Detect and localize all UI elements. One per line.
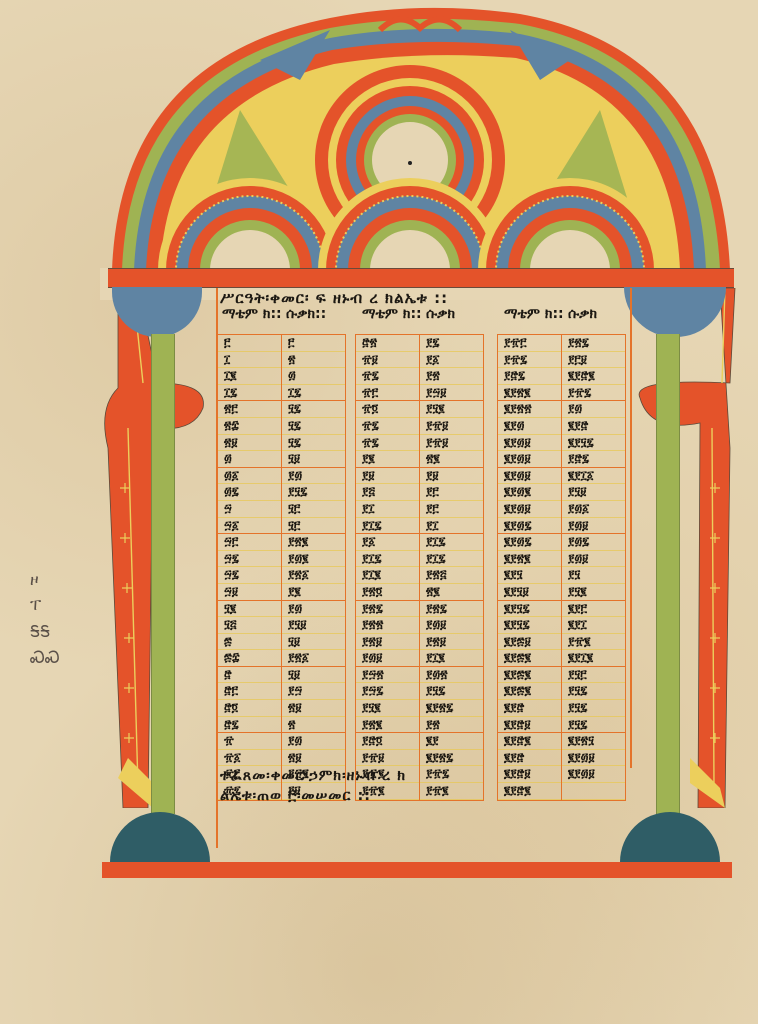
left-column-base	[110, 812, 210, 862]
table-cell: ፵፯	[218, 567, 281, 584]
table-cell: ፪፻፳፪	[498, 385, 561, 402]
table-cell: ፶፫	[282, 518, 345, 535]
table-cell: ፲፪	[218, 368, 281, 385]
table-cell: ፷	[218, 634, 281, 651]
table-cell: ፶፱	[282, 667, 345, 684]
table-cell: ፻፶፫	[562, 667, 625, 684]
table-cell: ፪፻፴፪	[498, 484, 561, 501]
table-cell: ፻፩	[420, 352, 483, 369]
computus-table: ሥርዓት፡ቀመር፡ ፍ ዘኑብ ረ ክልኤቱ :: ማቴም ክ:: ሱቃክ:: …	[212, 288, 632, 848]
table-cell: ፻፳፪	[356, 717, 419, 734]
table-cell: ፻፶፯	[562, 700, 625, 717]
table-cell: ፹፯	[356, 435, 419, 452]
table-cell: ፪፻፸፪	[498, 783, 561, 800]
table-frame-right	[630, 288, 632, 768]
right-column-base	[620, 812, 720, 862]
table-cell: ፶፯	[282, 401, 345, 418]
table-cell: ፻፲፪	[356, 567, 419, 584]
table-cell: ፹፬	[356, 401, 419, 418]
group1-col2: ፫፳፴፲፯፶፯፶፯፶፯፶፱፻፴፻፶፯፶፫፶፫፻፳፪፻፴፪፻፳፩፻፪፻፴፻፶፱፶፱…	[282, 335, 345, 800]
table-cell: ፻፲፯	[420, 551, 483, 568]
table-cell: ፪፻፲፩	[562, 468, 625, 485]
table-cell: ፻፴	[282, 601, 345, 618]
table-cell: ፻፴	[282, 468, 345, 485]
table-cell: ፲	[218, 352, 281, 369]
table-cell	[562, 783, 625, 800]
margin-note-3: ᎦᎦ	[30, 622, 50, 642]
table-cell: ፻፳፪	[282, 534, 345, 551]
table-cell: ፸	[218, 667, 281, 684]
table-cell: ፪፻፷፪	[498, 650, 561, 667]
table-cell: ፫	[218, 335, 281, 352]
table-cell: ፪፻፶፱	[498, 584, 561, 601]
table-cell: ፻፹፯	[420, 766, 483, 783]
bottom-plinth	[102, 862, 732, 878]
group3-col1: ፻፹፫፻፹፯፻፸፯፪፻፳፪፪፻፳፳፪፻፴፪፻፴፱፪፻፴፱፪፻፴፱፪፻፴፪፪፻፴፱…	[498, 335, 562, 800]
table-cell: ፷፰	[218, 650, 281, 667]
table-cell: ፳	[282, 717, 345, 734]
table-cell: ፳፪	[420, 451, 483, 468]
table-cell: ፹፯	[356, 418, 419, 435]
table-cell: ፻፹፱	[356, 750, 419, 767]
table-cell: ፪፻፳፶	[562, 733, 625, 750]
table-cell: ፻፸፯	[498, 368, 561, 385]
table-cell: ፻፲፯	[420, 534, 483, 551]
table-cell: ፻፫፱	[562, 352, 625, 369]
table-group-1: ፫፲፲፪፲፯፳፫፳፰፳፱፴፴፩፴፯፵፵፩፵፫፵፯፵፯፵፱፶፪፶፭፷፷፰፸፸፫፸፬…	[217, 334, 346, 801]
table-cell: ፪፻፳፳	[498, 401, 561, 418]
table-cell: ፸፬	[218, 700, 281, 717]
table-cell: ፹፩	[218, 750, 281, 767]
table-cell: ፹፱	[356, 352, 419, 369]
table-cell: ፴	[282, 368, 345, 385]
table-cell: ፻፩	[356, 534, 419, 551]
table-cell: ፶፭	[218, 617, 281, 634]
table-cell: ፵፱	[218, 584, 281, 601]
table-cell: ፳፰	[218, 418, 281, 435]
table-cell: ፪፻፫	[562, 601, 625, 618]
table-cell: ፪፻፷፪	[498, 683, 561, 700]
table-cell: ፻፳፱	[356, 634, 419, 651]
table-cell: ፻፲፯	[356, 518, 419, 535]
table-cell: ፻፳፳	[356, 617, 419, 634]
table-cell: ፻፶፯	[420, 683, 483, 700]
table-cell: ፶፱	[282, 634, 345, 651]
table-cell: ፻፴፩	[562, 501, 625, 518]
table-cell: ፻፭	[356, 484, 419, 501]
table-cell: ፪፻፸፱	[498, 766, 561, 783]
table-group-3: ፻፹፫፻፹፯፻፸፯፪፻፳፪፪፻፳፳፪፻፴፪፻፴፱፪፻፴፱፪፻፴፱፪፻፴፪፪፻፴፱…	[497, 334, 626, 801]
table-cell: ፻፲	[420, 518, 483, 535]
table-cell: ፪፻፲፪	[562, 650, 625, 667]
table-cell: ፻፵፳	[356, 667, 419, 684]
table-cell: ፪፻፶፯	[498, 617, 561, 634]
table-cell: ፻፪	[282, 584, 345, 601]
table-cell: ፻፳፬	[356, 584, 419, 601]
table-cell: ፪፻፴፯	[498, 518, 561, 535]
group3-col2: ፻፳፯፻፫፱፪፻፸፪፻፹፯፻፴፪፻፸፪፻፶፯፻፸፯፪፻፲፩፻፶፱፻፴፩፻፴፱፻፴…	[562, 335, 625, 800]
table-cell: ፻፴፱	[420, 617, 483, 634]
table-cell: ፪፻	[420, 733, 483, 750]
header-group3-col2: ሱቃክ	[568, 306, 597, 323]
group2-col2: ፻፯፻፩፻፳፻፵፱፻፶፪፻፹፱፻፹፱፳፪፻፱፻፫፻፫፻፲፻፲፯፻፲፯፻፳፭፳፪፻…	[420, 335, 483, 800]
table-cell: ፹፫	[356, 385, 419, 402]
table-cell: ፸፯	[218, 717, 281, 734]
table-cell: ፪፻፴፱	[498, 501, 561, 518]
table-cell: ፪፻፴	[498, 418, 561, 435]
right-drape	[630, 288, 740, 808]
table-cell: ፶፯	[282, 418, 345, 435]
table-cell: ፻፶፱	[562, 484, 625, 501]
table-cell: ፻፶፪	[562, 584, 625, 601]
table-cell: ፻፳፩	[282, 567, 345, 584]
table-cell: ፶፯	[282, 435, 345, 452]
table-cell: ፪፻፸፱	[498, 717, 561, 734]
table-cell: ፪፻፸	[498, 750, 561, 767]
table-cell: ፸፳	[356, 335, 419, 352]
table-cell: ፪፻፷፪	[498, 667, 561, 684]
table-cell: ፴	[218, 451, 281, 468]
group2-col1: ፸፳፹፱፹፯፹፫፹፬፹፯፹፯፻፪፻፱፻፭፻፲፻፲፯፻፩፻፲፯፻፲፪፻፳፬፻፳፯፻…	[356, 335, 420, 800]
table-cell: ፻፴፱	[356, 650, 419, 667]
table-cell: ፻፳፭	[420, 567, 483, 584]
table-cell: ፻፴፱	[562, 551, 625, 568]
table-cell: ፻፶	[562, 567, 625, 584]
table-cell: ፶፪	[218, 601, 281, 618]
table-cell: ፻፹፫	[498, 335, 561, 352]
table-cell: ፻፳፯	[356, 601, 419, 618]
table-cell: ፳፪	[420, 584, 483, 601]
table-cell: ፸፫	[218, 683, 281, 700]
table-cell: ፪፻፴፱	[562, 750, 625, 767]
table-cell: ፻፵፯	[356, 683, 419, 700]
table-cell: ፹፯	[356, 368, 419, 385]
margin-note-4: ᏍᏍ	[30, 648, 60, 668]
table-cell: ፻፫	[420, 501, 483, 518]
table-title: ሥርዓት፡ቀመር፡ ፍ ዘኑብ ረ ክልኤቱ ::	[220, 288, 630, 308]
table-cell: ፴፩	[218, 468, 281, 485]
table-cell: ፻፳	[420, 368, 483, 385]
table-cell: ፪፻፴፯	[498, 534, 561, 551]
table-cell: ፻፳፩	[282, 650, 345, 667]
table-cell: ፵	[218, 501, 281, 518]
table-cell: ፻፴፳	[420, 667, 483, 684]
arch-lintel	[108, 268, 734, 288]
margin-note-2: ፐ	[30, 595, 41, 615]
table-cell: ፻፹፯	[562, 385, 625, 402]
table-cell: ፪፻፳፪	[498, 551, 561, 568]
table-cell: ፻፴	[282, 733, 345, 750]
table-cell: ፻፴፱	[562, 518, 625, 535]
table-cell: ፲፯	[282, 385, 345, 402]
table-cell: ፻፶፯	[562, 683, 625, 700]
table-cell: ፻፵	[282, 683, 345, 700]
manuscript-page: ሥርዓት፡ቀመር፡ ፍ ዘኑብ ረ ክልኤቱ :: ማቴም ክ:: ሱቃክ:: …	[0, 0, 758, 1024]
colophon-line-1: ተፈጸመ፡ቀመር፡ኃምክ፡ዘኑብ ረ ክ	[220, 768, 406, 784]
header-group3-col1: ማቴም ክ::	[504, 306, 564, 323]
table-cell: ፹	[218, 733, 281, 750]
table-cell: ፻፲	[356, 501, 419, 518]
table-cell: ፳፱	[282, 750, 345, 767]
table-cell: ፻፹፯	[498, 352, 561, 369]
header-group2-col1: ማቴም ክ::	[362, 306, 422, 323]
table-cell: ፪፻፷፱	[498, 634, 561, 651]
table-cell: ፻፸፯	[562, 451, 625, 468]
table-cell: ፵፯	[218, 551, 281, 568]
table-cell: ፻፶፪	[356, 700, 419, 717]
table-cell: ፪፻፸	[498, 700, 561, 717]
table-cell: ፻፹፱	[420, 418, 483, 435]
table-cell: ፻፯	[420, 335, 483, 352]
decorative-arch	[100, 0, 740, 300]
table-cell: ፫	[282, 335, 345, 352]
table-cell: ፪፻፴፱	[562, 766, 625, 783]
table-cell: ፻፵፱	[420, 385, 483, 402]
table-cell: ፪፻፶፯	[562, 435, 625, 452]
right-column-shaft	[656, 334, 680, 814]
table-cell: ፪፻፴፱	[498, 435, 561, 452]
table-cell: ፻፶፯	[282, 484, 345, 501]
table-cell: ፳፫	[218, 401, 281, 418]
table-cell: ፶፫	[282, 501, 345, 518]
table-cell: ፻፲፪	[420, 650, 483, 667]
table-cell: ፻፶፪	[420, 401, 483, 418]
table-cell: ፻፫	[420, 484, 483, 501]
table-cell: ፪፻፳፯	[420, 700, 483, 717]
table-cell: ፪፻፲	[562, 617, 625, 634]
table-cell: ፪፻፶	[498, 567, 561, 584]
table-cell: ፻፶፱	[282, 617, 345, 634]
table-cell: ፻፴፯	[562, 534, 625, 551]
table-group-2: ፸፳፹፱፹፯፹፫፹፬፹፯፹፯፻፪፻፱፻፭፻፲፻፲፯፻፩፻፲፯፻፲፪፻፳፬፻፳፯፻…	[355, 334, 484, 801]
table-cell: ፪፻፶፯	[498, 601, 561, 618]
table-cell: ፻፹፱	[420, 435, 483, 452]
table-cell: ፻፹፪	[562, 634, 625, 651]
table-cell: ፻፪	[356, 451, 419, 468]
left-column-shaft	[151, 334, 175, 814]
table-cell: ፻፲፯	[356, 551, 419, 568]
margin-note-1: ዞ	[30, 570, 39, 590]
table-cell: ፻፶፯	[562, 717, 625, 734]
group1-col1: ፫፲፲፪፲፯፳፫፳፰፳፱፴፴፩፴፯፵፵፩፵፫፵፯፵፯፵፱፶፪፶፭፷፷፰፸፸፫፸፬…	[218, 335, 282, 800]
table-cell: ፪፻፳፯	[420, 750, 483, 767]
table-cell: ፵፩	[218, 518, 281, 535]
table-cell: ፪፻፸፪	[498, 733, 561, 750]
table-cell: ፻፸፬	[356, 733, 419, 750]
table-cell: ፻፴፪	[282, 551, 345, 568]
table-cell: ፪፻፴፱	[498, 468, 561, 485]
table-cell: ፻፱	[356, 468, 419, 485]
table-cell: ፳፱	[218, 435, 281, 452]
table-cell: ፪፻፴፱	[498, 451, 561, 468]
table-cell: ፻፳፯	[562, 335, 625, 352]
table-cell: ፻፴	[562, 401, 625, 418]
table-cell: ፪፻፸	[562, 418, 625, 435]
table-cell: ፳፱	[282, 700, 345, 717]
table-cell: ፪፻፸፪	[562, 368, 625, 385]
header-group1-col1: ማቴም ክ::	[222, 306, 282, 323]
table-cell: ፻፱	[420, 468, 483, 485]
table-cell: ፴፯	[218, 484, 281, 501]
table-cell: ፻፳፱	[420, 634, 483, 651]
header-group2-col2: ሱቃክ	[426, 306, 455, 323]
table-cell: ፵፫	[218, 534, 281, 551]
header-group1-col2: ሱቃክ::	[286, 306, 326, 323]
table-cell: ፻፳	[420, 717, 483, 734]
table-cell: ፲፯	[218, 385, 281, 402]
table-cell: ፻፳፯	[420, 601, 483, 618]
table-cell: ፳	[282, 352, 345, 369]
table-cell: ፶፱	[282, 451, 345, 468]
table-cell: ፻፹፪	[420, 783, 483, 800]
colophon-line-2: ልኤቱ፡ጠወ ፫፡መሠመር ::	[220, 788, 371, 804]
